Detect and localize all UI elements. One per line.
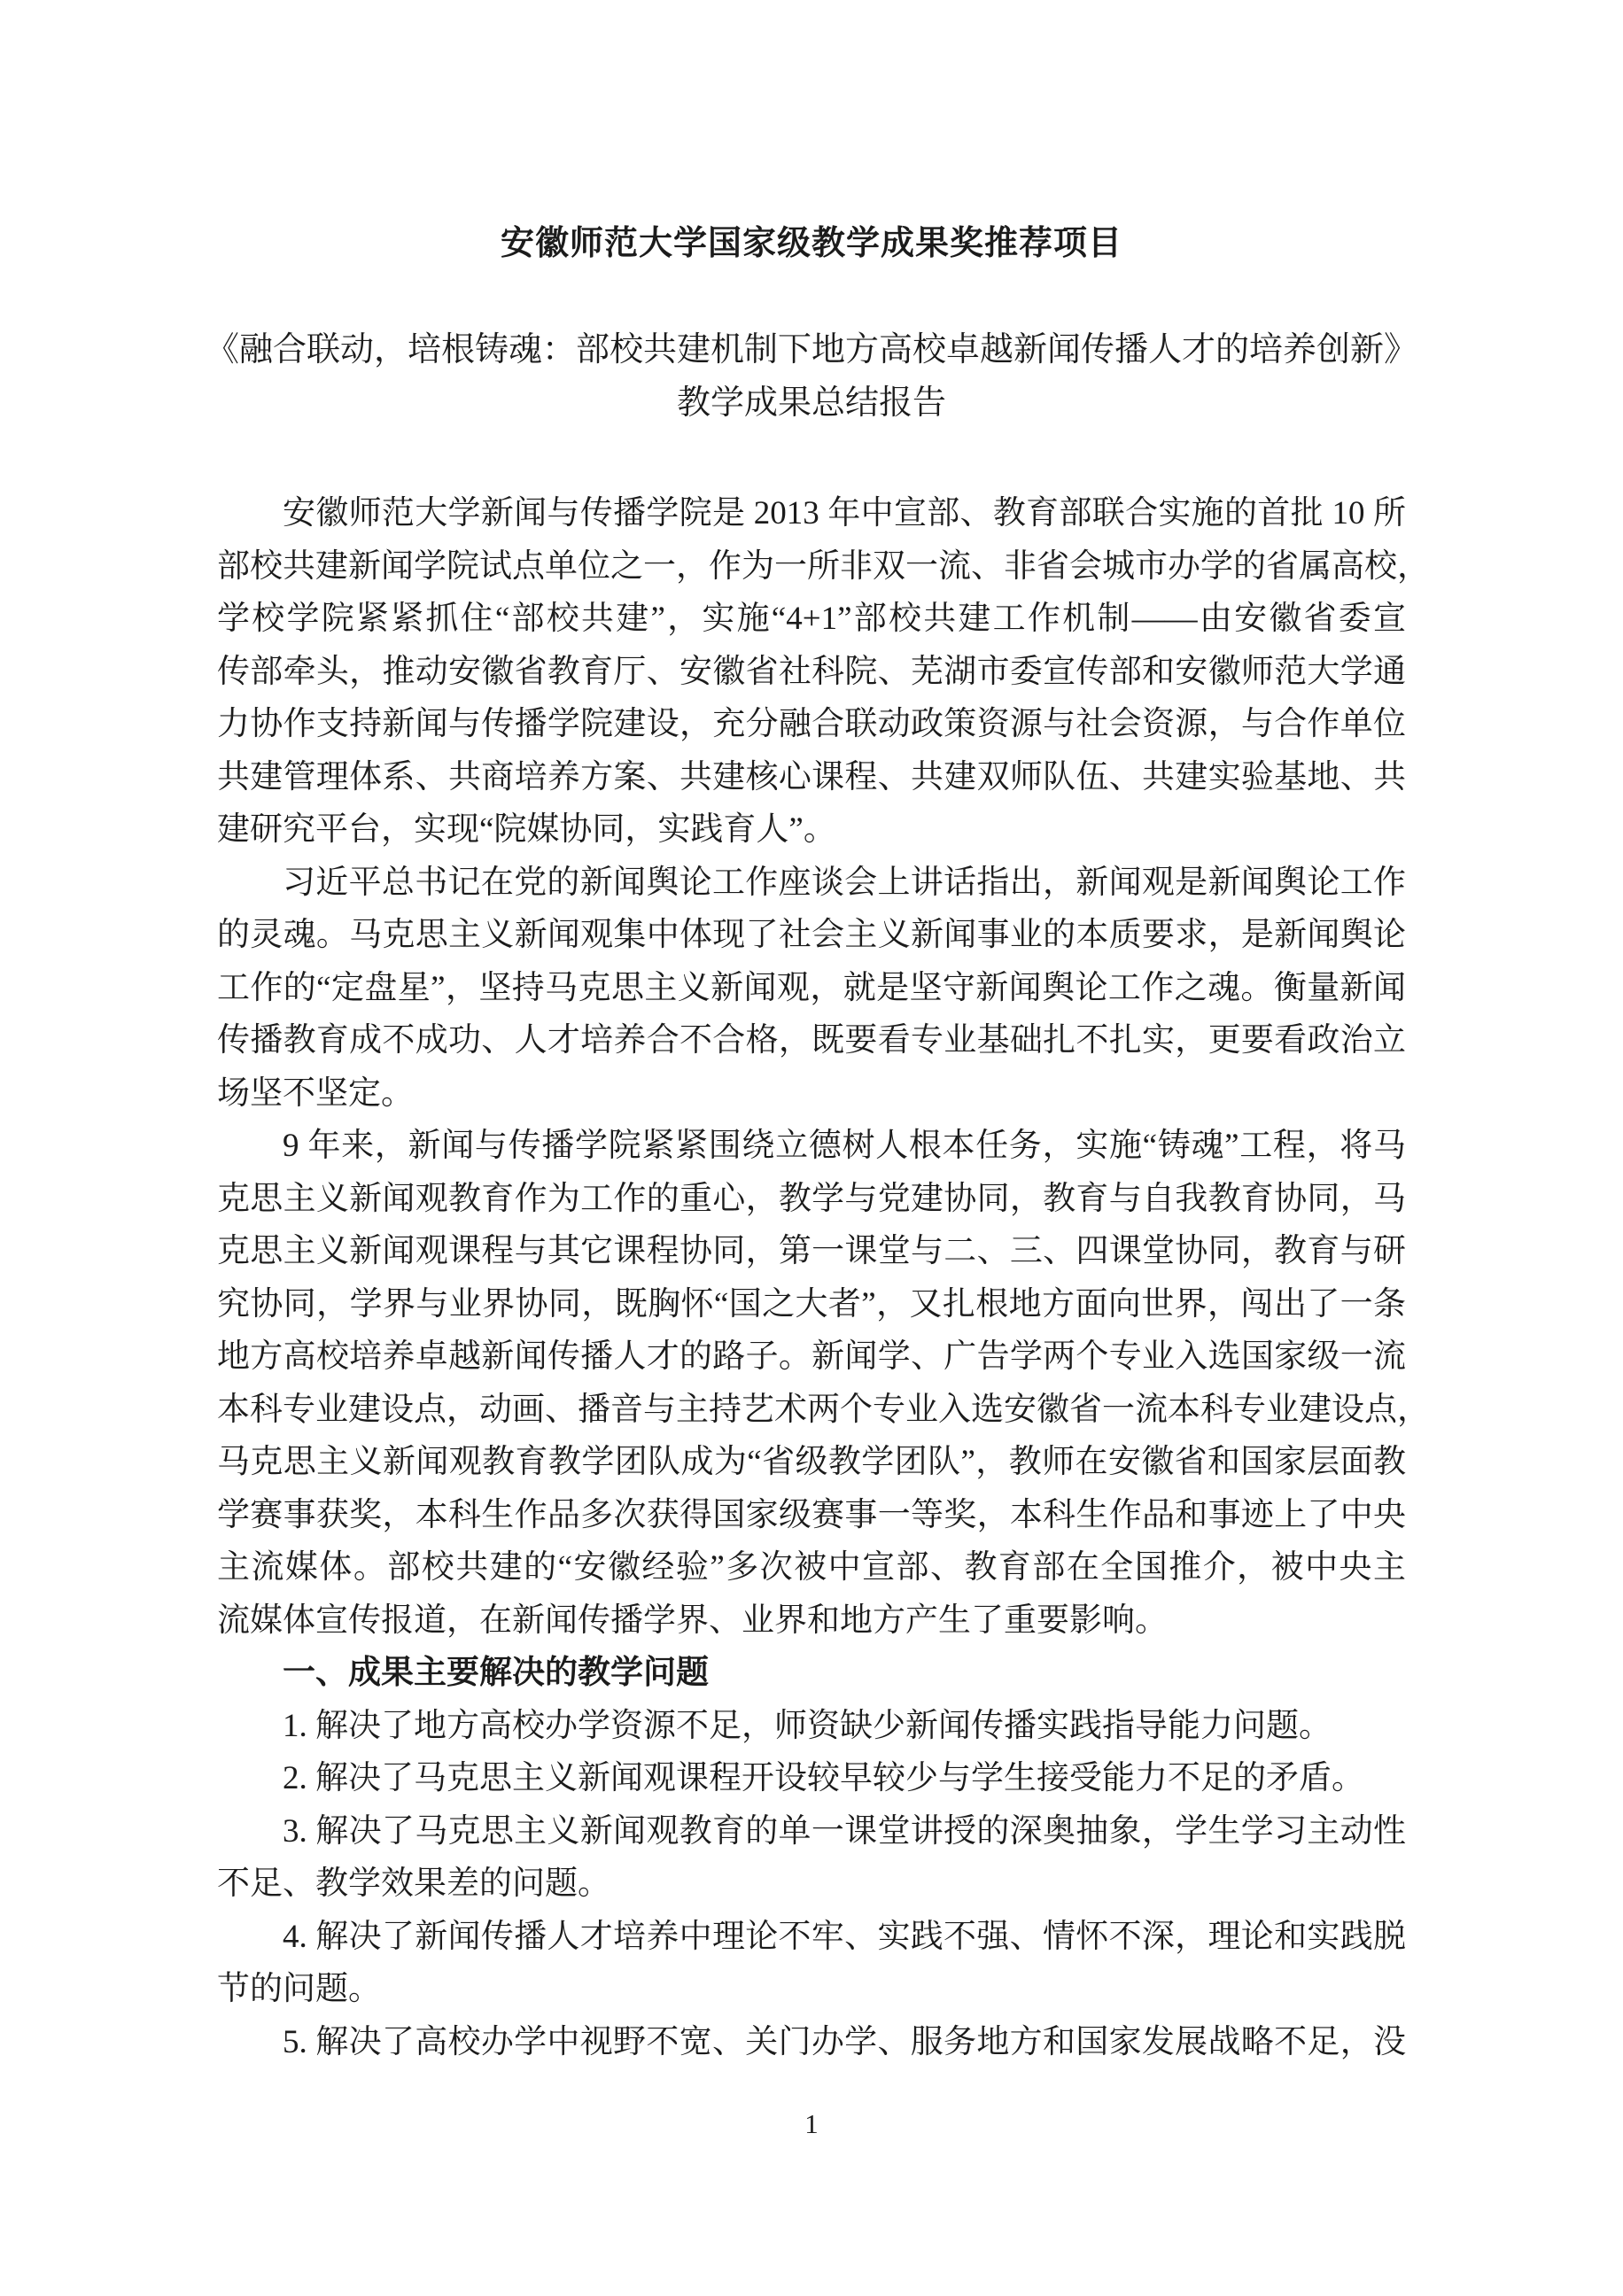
text-line: 2. 解决了马克思主义新闻观课程开设较早较少与学生接受能力不足的矛盾。 xyxy=(217,1752,1406,1805)
text-line: 9 年来，新闻与传播学院紧紧围绕立德树人根本任务，实施“铸魂”工程，将马 xyxy=(217,1120,1406,1173)
document-subtitle: 《融合联动，培根铸魂：部校共建机制下地方高校卓越新闻传播人才的培养创新》 教学成… xyxy=(0,324,1623,430)
subtitle-line-2: 教学成果总结报告 xyxy=(0,377,1623,430)
list-item-5: 5. 解决了高校办学中视野不宽、关门办学、服务地方和国家发展战略不足，没 xyxy=(217,2016,1406,2069)
document-page: 安徽师范大学国家级教学成果奖推荐项目 《融合联动，培根铸魂：部校共建机制下地方高… xyxy=(0,0,1623,2296)
list-item-3: 3. 解决了马克思主义新闻观教育的单一课堂讲授的深奥抽象，学生学习主动性 不足、… xyxy=(217,1805,1406,1911)
list-item-1: 1. 解决了地方高校办学资源不足，师资缺少新闻传播实践指导能力问题。 xyxy=(217,1700,1406,1753)
text-line: 地方高校培养卓越新闻传播人才的路子。新闻学、广告学两个专业入选国家级一流 xyxy=(217,1330,1406,1384)
section-heading-1: 一、成果主要解决的教学问题 xyxy=(217,1647,1406,1700)
section-heading-text: 一、成果主要解决的教学问题 xyxy=(217,1647,1406,1700)
text-line: 习近平总书记在党的新闻舆论工作座谈会上讲话指出，新闻观是新闻舆论工作 xyxy=(217,857,1406,910)
text-line: 工作的“定盘星”，坚持马克思主义新闻观，就是坚守新闻舆论工作之魂。衡量新闻 xyxy=(217,962,1406,1015)
text-line: 学赛事获奖，本科生作品多次获得国家级赛事一等奖，本科生作品和事迹上了中央 xyxy=(217,1489,1406,1542)
page-number: 1 xyxy=(0,2106,1623,2142)
text-line: 场坚不坚定。 xyxy=(217,1067,1406,1121)
text-line: 马克思主义新闻观教育教学团队成为“省级教学团队”，教师在安徽省和国家层面教 xyxy=(217,1436,1406,1489)
text-line: 共建管理体系、共商培养方案、共建核心课程、共建双师队伍、共建实验基地、共 xyxy=(217,751,1406,804)
text-line: 不足、教学效果差的问题。 xyxy=(217,1858,1406,1911)
text-line: 主流媒体。部校共建的“安徽经验”多次被中宣部、教育部在全国推介，被中央主 xyxy=(217,1541,1406,1594)
text-line: 克思主义新闻观课程与其它课程协同，第一课堂与二、三、四课堂协同，教育与研 xyxy=(217,1225,1406,1278)
paragraph-1: 安徽师范大学新闻与传播学院是 2013 年中宣部、教育部联合实施的首批 10 所… xyxy=(217,487,1406,857)
text-line: 本科专业建设点，动画、播音与主持艺术两个专业入选安徽省一流本科专业建设点， xyxy=(217,1384,1406,1437)
list-item-2: 2. 解决了马克思主义新闻观课程开设较早较少与学生接受能力不足的矛盾。 xyxy=(217,1752,1406,1805)
document-title: 安徽师范大学国家级教学成果奖推荐项目 xyxy=(0,218,1623,271)
text-line: 流媒体宣传报道，在新闻传播学界、业界和地方产生了重要影响。 xyxy=(217,1594,1406,1648)
text-line: 部校共建新闻学院试点单位之一，作为一所非双一流、非省会城市办学的省属高校， xyxy=(217,540,1406,593)
text-line: 5. 解决了高校办学中视野不宽、关门办学、服务地方和国家发展战略不足，没 xyxy=(217,2016,1406,2069)
subtitle-line-1: 《融合联动，培根铸魂：部校共建机制下地方高校卓越新闻传播人才的培养创新》 xyxy=(0,324,1623,377)
text-line: 克思主义新闻观教育作为工作的重心，教学与党建协同，教育与自我教育协同，马 xyxy=(217,1173,1406,1226)
text-line: 力协作支持新闻与传播学院建设，充分融合联动政策资源与社会资源，与合作单位 xyxy=(217,698,1406,751)
text-line: 传部牵头，推动安徽省教育厅、安徽省社科院、芜湖市委宣传部和安徽师范大学通 xyxy=(217,646,1406,699)
text-line: 安徽师范大学新闻与传播学院是 2013 年中宣部、教育部联合实施的首批 10 所 xyxy=(217,487,1406,540)
text-line: 建研究平台，实现“院媒协同，实践育人”。 xyxy=(217,803,1406,857)
text-line: 1. 解决了地方高校办学资源不足，师资缺少新闻传播实践指导能力问题。 xyxy=(217,1700,1406,1753)
paragraph-2: 习近平总书记在党的新闻舆论工作座谈会上讲话指出，新闻观是新闻舆论工作 的灵魂。马… xyxy=(217,857,1406,1121)
text-line: 4. 解决了新闻传播人才培养中理论不牢、实践不强、情怀不深，理论和实践脱 xyxy=(217,1911,1406,1964)
document-body: 安徽师范大学新闻与传播学院是 2013 年中宣部、教育部联合实施的首批 10 所… xyxy=(217,487,1406,2068)
list-item-4: 4. 解决了新闻传播人才培养中理论不牢、实践不强、情怀不深，理论和实践脱 节的问… xyxy=(217,1911,1406,2016)
text-line: 节的问题。 xyxy=(217,1963,1406,2016)
paragraph-3: 9 年来，新闻与传播学院紧紧围绕立德树人根本任务，实施“铸魂”工程，将马 克思主… xyxy=(217,1120,1406,1647)
text-line: 的灵魂。马克思主义新闻观集中体现了社会主义新闻事业的本质要求，是新闻舆论 xyxy=(217,909,1406,962)
text-line: 究协同，学界与业界协同，既胸怀“国之大者”，又扎根地方面向世界，闯出了一条 xyxy=(217,1278,1406,1331)
text-line: 学校学院紧紧抓住“部校共建”，实施“4+1”部校共建工作机制——由安徽省委宣 xyxy=(217,593,1406,646)
text-line: 传播教育成不成功、人才培养合不合格，既要看专业基础扎不扎实，更要看政治立 xyxy=(217,1014,1406,1067)
text-line: 3. 解决了马克思主义新闻观教育的单一课堂讲授的深奥抽象，学生学习主动性 xyxy=(217,1805,1406,1858)
